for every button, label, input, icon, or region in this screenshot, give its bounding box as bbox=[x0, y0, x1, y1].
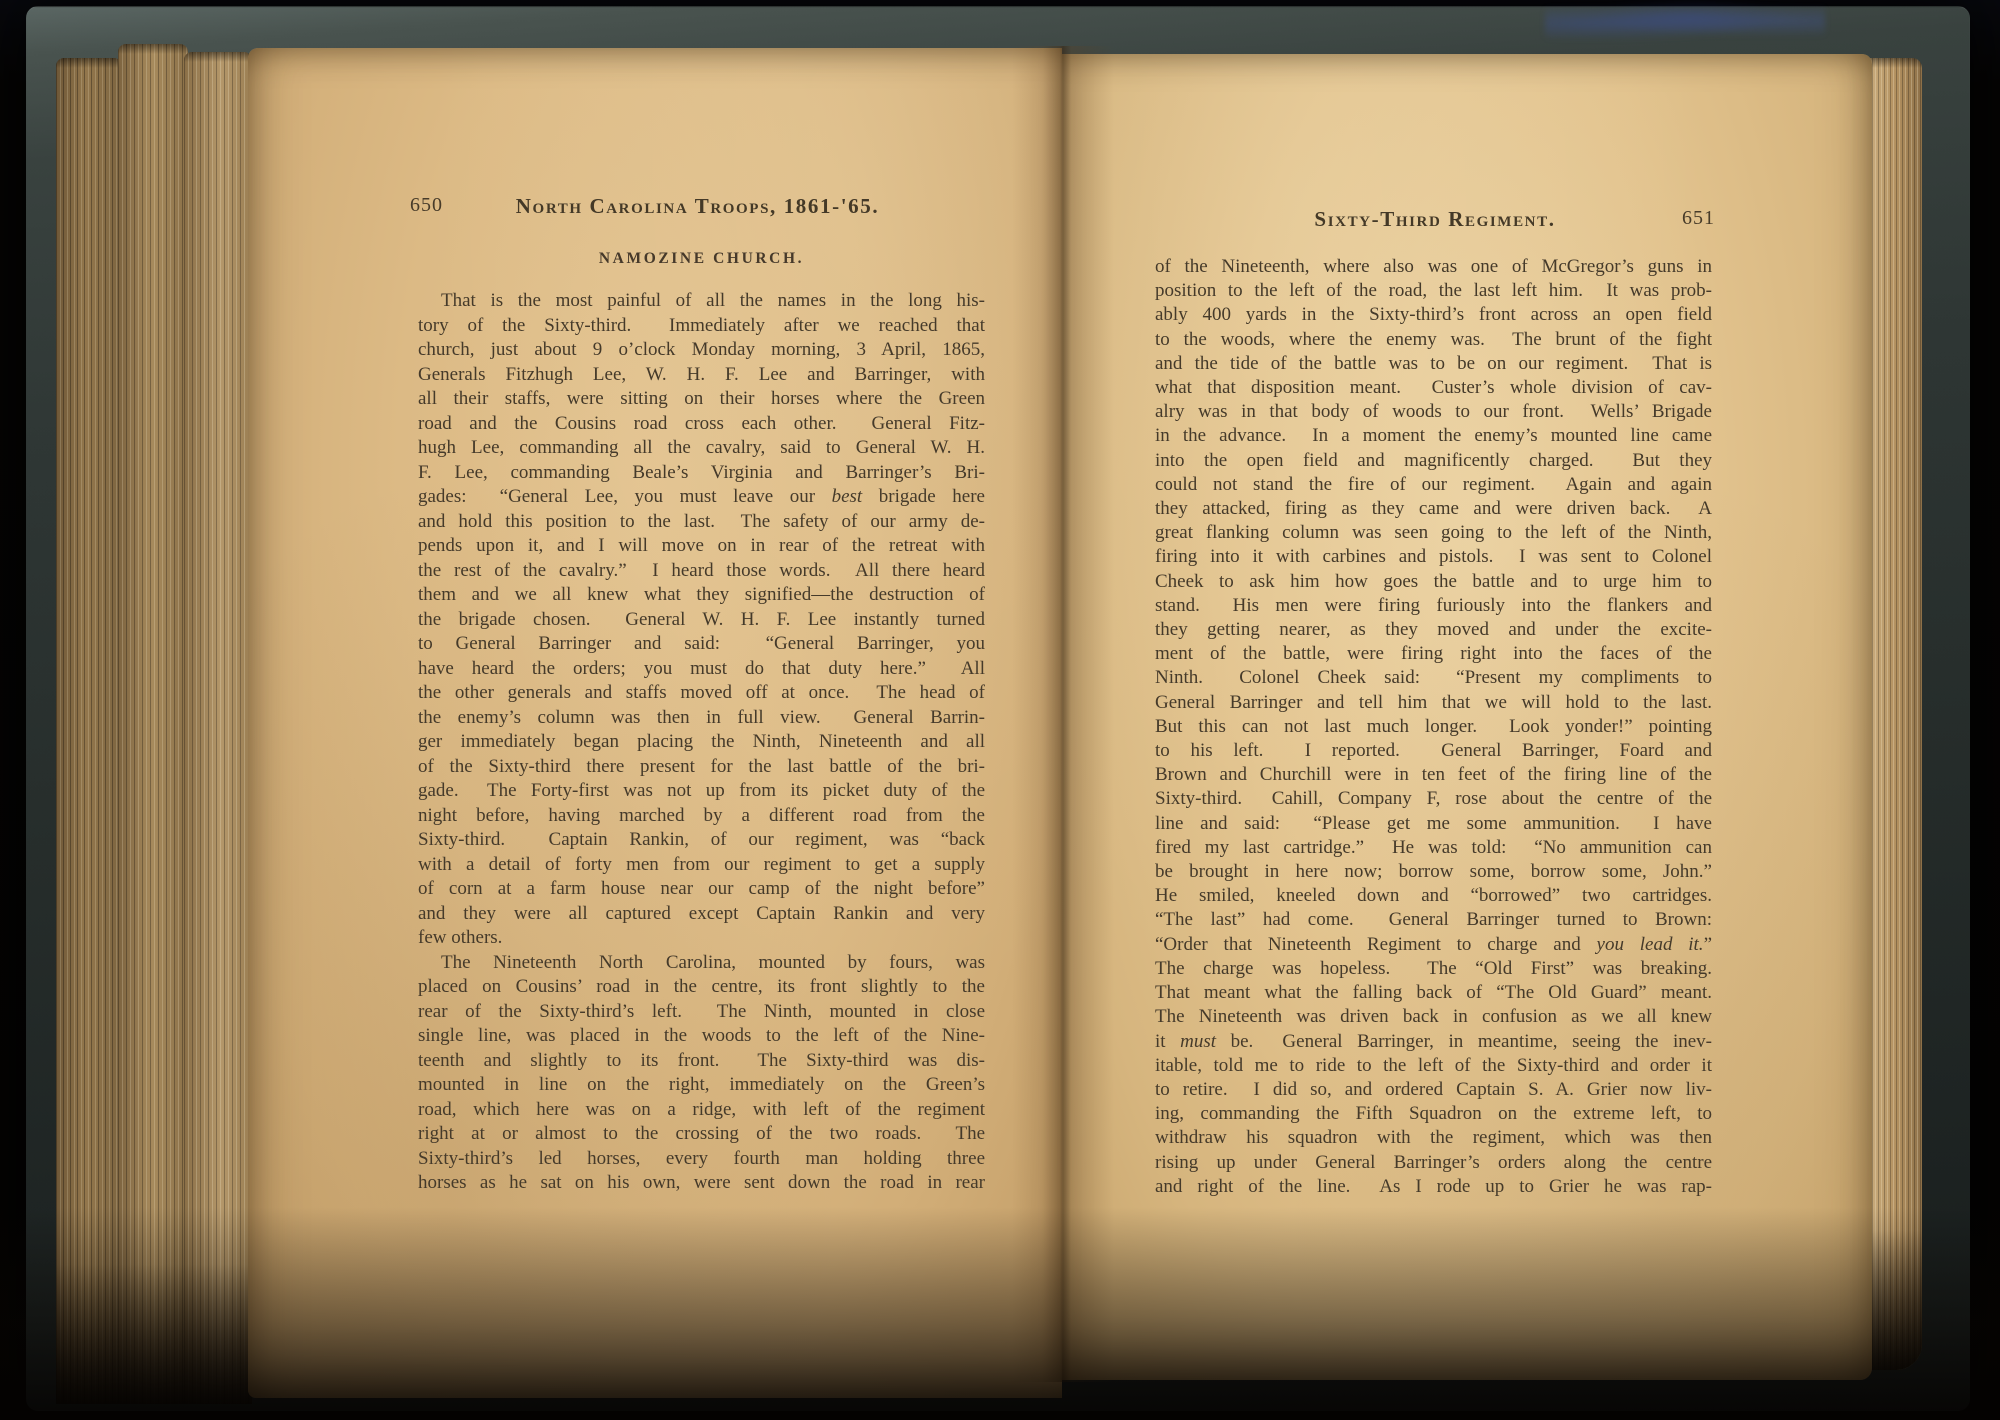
text-line: line and said: “Please get me some ammun… bbox=[1155, 812, 1712, 836]
text-line: what that disposition meant. Custer’s wh… bbox=[1155, 376, 1712, 400]
text-line: road, which here was on a ridge, with le… bbox=[418, 1098, 985, 1123]
page-edge-stack-right bbox=[1866, 58, 1922, 1370]
text-line: to the woods, where the enemy was. The b… bbox=[1155, 328, 1712, 352]
text-line: road and the Cousins road cross each oth… bbox=[418, 412, 985, 437]
text-line: But this can not last much longer. Look … bbox=[1155, 715, 1712, 739]
text-line: position to the left of the road, the la… bbox=[1155, 279, 1712, 303]
text-line: Generals Fitzhugh Lee, W. H. F. Lee and … bbox=[418, 363, 985, 388]
text-line: single line, was placed in the woods to … bbox=[418, 1024, 985, 1049]
right-page-header: Sixty-Third Regiment. 651 bbox=[1155, 207, 1715, 235]
paragraph: of the Nineteenth, where also was one of… bbox=[1155, 255, 1712, 1199]
running-title: Sixty-Third Regiment. bbox=[1314, 207, 1555, 232]
text-line: be brought in here now; borrow some, bor… bbox=[1155, 860, 1712, 884]
page-number: 651 bbox=[1682, 207, 1715, 230]
text-line: and they were all captured except Captai… bbox=[418, 902, 985, 927]
text-line: church, just about 9 o’clock Monday morn… bbox=[418, 338, 985, 363]
page-text: of the Nineteenth, where also was one of… bbox=[1155, 255, 1712, 1199]
text-line: hugh Lee, commanding all the cavalry, sa… bbox=[418, 436, 985, 461]
text-line: He smiled, kneeled down and “borrowed” t… bbox=[1155, 884, 1712, 908]
page-number: 650 bbox=[410, 194, 443, 217]
text-line: gades: “General Lee, you must leave our … bbox=[418, 485, 985, 510]
text-line: “Order that Nineteenth Regiment to charg… bbox=[1155, 933, 1712, 957]
text-line: rising up under General Barringer’s orde… bbox=[1155, 1151, 1712, 1175]
text-line: in the advance. In a moment the enemy’s … bbox=[1155, 424, 1712, 448]
section-heading: NAMOZINE CHURCH. bbox=[418, 250, 985, 268]
text-line: tory of the Sixty-third. Immediately aft… bbox=[418, 314, 985, 339]
text-line: That meant what the falling back of “The… bbox=[1155, 981, 1712, 1005]
text-line: firing into it with carbines and pistols… bbox=[1155, 545, 1712, 569]
text-line: itable, told me to ride to the left of t… bbox=[1155, 1054, 1712, 1078]
text-line: they getting nearer, as they moved and u… bbox=[1155, 618, 1712, 642]
text-line: rear of the Sixty-third’s left. The Nint… bbox=[418, 1000, 985, 1025]
text-line: of the Nineteenth, where also was one of… bbox=[1155, 255, 1712, 279]
text-line: right at or almost to the crossing of th… bbox=[418, 1122, 985, 1147]
text-line: of corn at a farm house near our camp of… bbox=[418, 877, 985, 902]
text-line: That is the most painful of all the name… bbox=[418, 289, 985, 314]
text-line: Sixty-third’s led horses, every fourth m… bbox=[418, 1147, 985, 1172]
text-line: the enemy’s column was then in full view… bbox=[418, 706, 985, 731]
text-line: night before, having marched by a differ… bbox=[418, 804, 985, 829]
text-line: Sixty-third. Captain Rankin, of our regi… bbox=[418, 828, 985, 853]
page-edge-stack-left-outer bbox=[56, 58, 122, 1404]
running-title: North Carolina Troops, 1861-'65. bbox=[516, 194, 879, 219]
page-text: That is the most painful of all the name… bbox=[418, 289, 985, 1196]
text-line: ing, commanding the Fifth Squadron on th… bbox=[1155, 1102, 1712, 1126]
text-line: few others. bbox=[418, 926, 985, 951]
text-line: and hold this position to the last. The … bbox=[418, 510, 985, 535]
text-line: gade. The Forty-first was not up from it… bbox=[418, 779, 985, 804]
text-line: ably 400 yards in the Sixty-third’s fron… bbox=[1155, 303, 1712, 327]
text-line: Sixty-third. Cahill, Company F, rose abo… bbox=[1155, 787, 1712, 811]
text-line: them and we all knew what they signified… bbox=[418, 583, 985, 608]
text-line: F. Lee, commanding Beale’s Virginia and … bbox=[418, 461, 985, 486]
text-line: Cheek to ask him how goes the battle and… bbox=[1155, 570, 1712, 594]
text-line: teenth and slightly to its front. The Si… bbox=[418, 1049, 985, 1074]
text-line: and right of the line. As I rode up to G… bbox=[1155, 1175, 1712, 1199]
cover-stamp-marks bbox=[1545, 0, 1825, 42]
text-line: of the Sixty-third there present for the… bbox=[418, 755, 985, 780]
text-line: with a detail of forty men from our regi… bbox=[418, 853, 985, 878]
left-page-header: 650 North Carolina Troops, 1861-'65. bbox=[410, 194, 985, 222]
text-line: the other generals and staffs moved off … bbox=[418, 681, 985, 706]
paragraph: The Nineteenth North Carolina, mounted b… bbox=[418, 951, 985, 1196]
text-line: placed on Cousins’ road in the centre, i… bbox=[418, 975, 985, 1000]
page-edge-stack-left-inner bbox=[184, 52, 252, 1404]
text-line: The Nineteenth North Carolina, mounted b… bbox=[418, 951, 985, 976]
text-line: all their staffs, were sitting on their … bbox=[418, 387, 985, 412]
text-line: The charge was hopeless. The “Old First”… bbox=[1155, 957, 1712, 981]
text-line: the rest of the cavalry.” I heard those … bbox=[418, 559, 985, 584]
text-line: alry was in that body of woods to our fr… bbox=[1155, 400, 1712, 424]
text-line: stand. His men were firing furiously int… bbox=[1155, 594, 1712, 618]
text-line: it must be. General Barringer, in meanti… bbox=[1155, 1030, 1712, 1054]
text-line: fired my last cartridge.” He was told: “… bbox=[1155, 836, 1712, 860]
text-line: into the open field and magnificently ch… bbox=[1155, 449, 1712, 473]
page-edge-stack-left-middle bbox=[118, 44, 188, 1404]
paragraph: That is the most painful of all the name… bbox=[418, 289, 985, 951]
text-line: they attacked, firing as they came and w… bbox=[1155, 497, 1712, 521]
open-book-photo: 650 North Carolina Troops, 1861-'65. NAM… bbox=[0, 0, 2000, 1420]
text-line: and the tide of the battle was to be on … bbox=[1155, 352, 1712, 376]
text-line: General Barringer and tell him that we w… bbox=[1155, 691, 1712, 715]
text-line: pends upon it, and I will move on in rea… bbox=[418, 534, 985, 559]
text-line: the brigade chosen. General W. H. F. Lee… bbox=[418, 608, 985, 633]
text-line: horses as he sat on his own, were sent d… bbox=[418, 1171, 985, 1196]
text-line: could not stand the fire of our regiment… bbox=[1155, 473, 1712, 497]
text-line: “The last” had come. General Barringer t… bbox=[1155, 908, 1712, 932]
text-line: to his left. I reported. General Barring… bbox=[1155, 739, 1712, 763]
left-page: 650 North Carolina Troops, 1861-'65. NAM… bbox=[248, 48, 1062, 1398]
text-line: to retire. I did so, and ordered Captain… bbox=[1155, 1078, 1712, 1102]
text-line: Brown and Churchill were in ten feet of … bbox=[1155, 763, 1712, 787]
text-line: Ninth. Colonel Cheek said: “Present my c… bbox=[1155, 666, 1712, 690]
right-page: Sixty-Third Regiment. 651 of the Ninetee… bbox=[1062, 54, 1872, 1380]
text-line: great flanking column was seen going to … bbox=[1155, 521, 1712, 545]
text-line: ment of the battle, were firing right in… bbox=[1155, 642, 1712, 666]
text-line: to General Barringer and said: “General … bbox=[418, 632, 985, 657]
text-line: have heard the orders; you must do that … bbox=[418, 657, 985, 682]
text-line: mounted in line on the right, immediatel… bbox=[418, 1073, 985, 1098]
text-line: ger immediately began placing the Ninth,… bbox=[418, 730, 985, 755]
text-line: withdraw his squadron with the regiment,… bbox=[1155, 1126, 1712, 1150]
text-line: The Nineteenth was driven back in confus… bbox=[1155, 1005, 1712, 1029]
